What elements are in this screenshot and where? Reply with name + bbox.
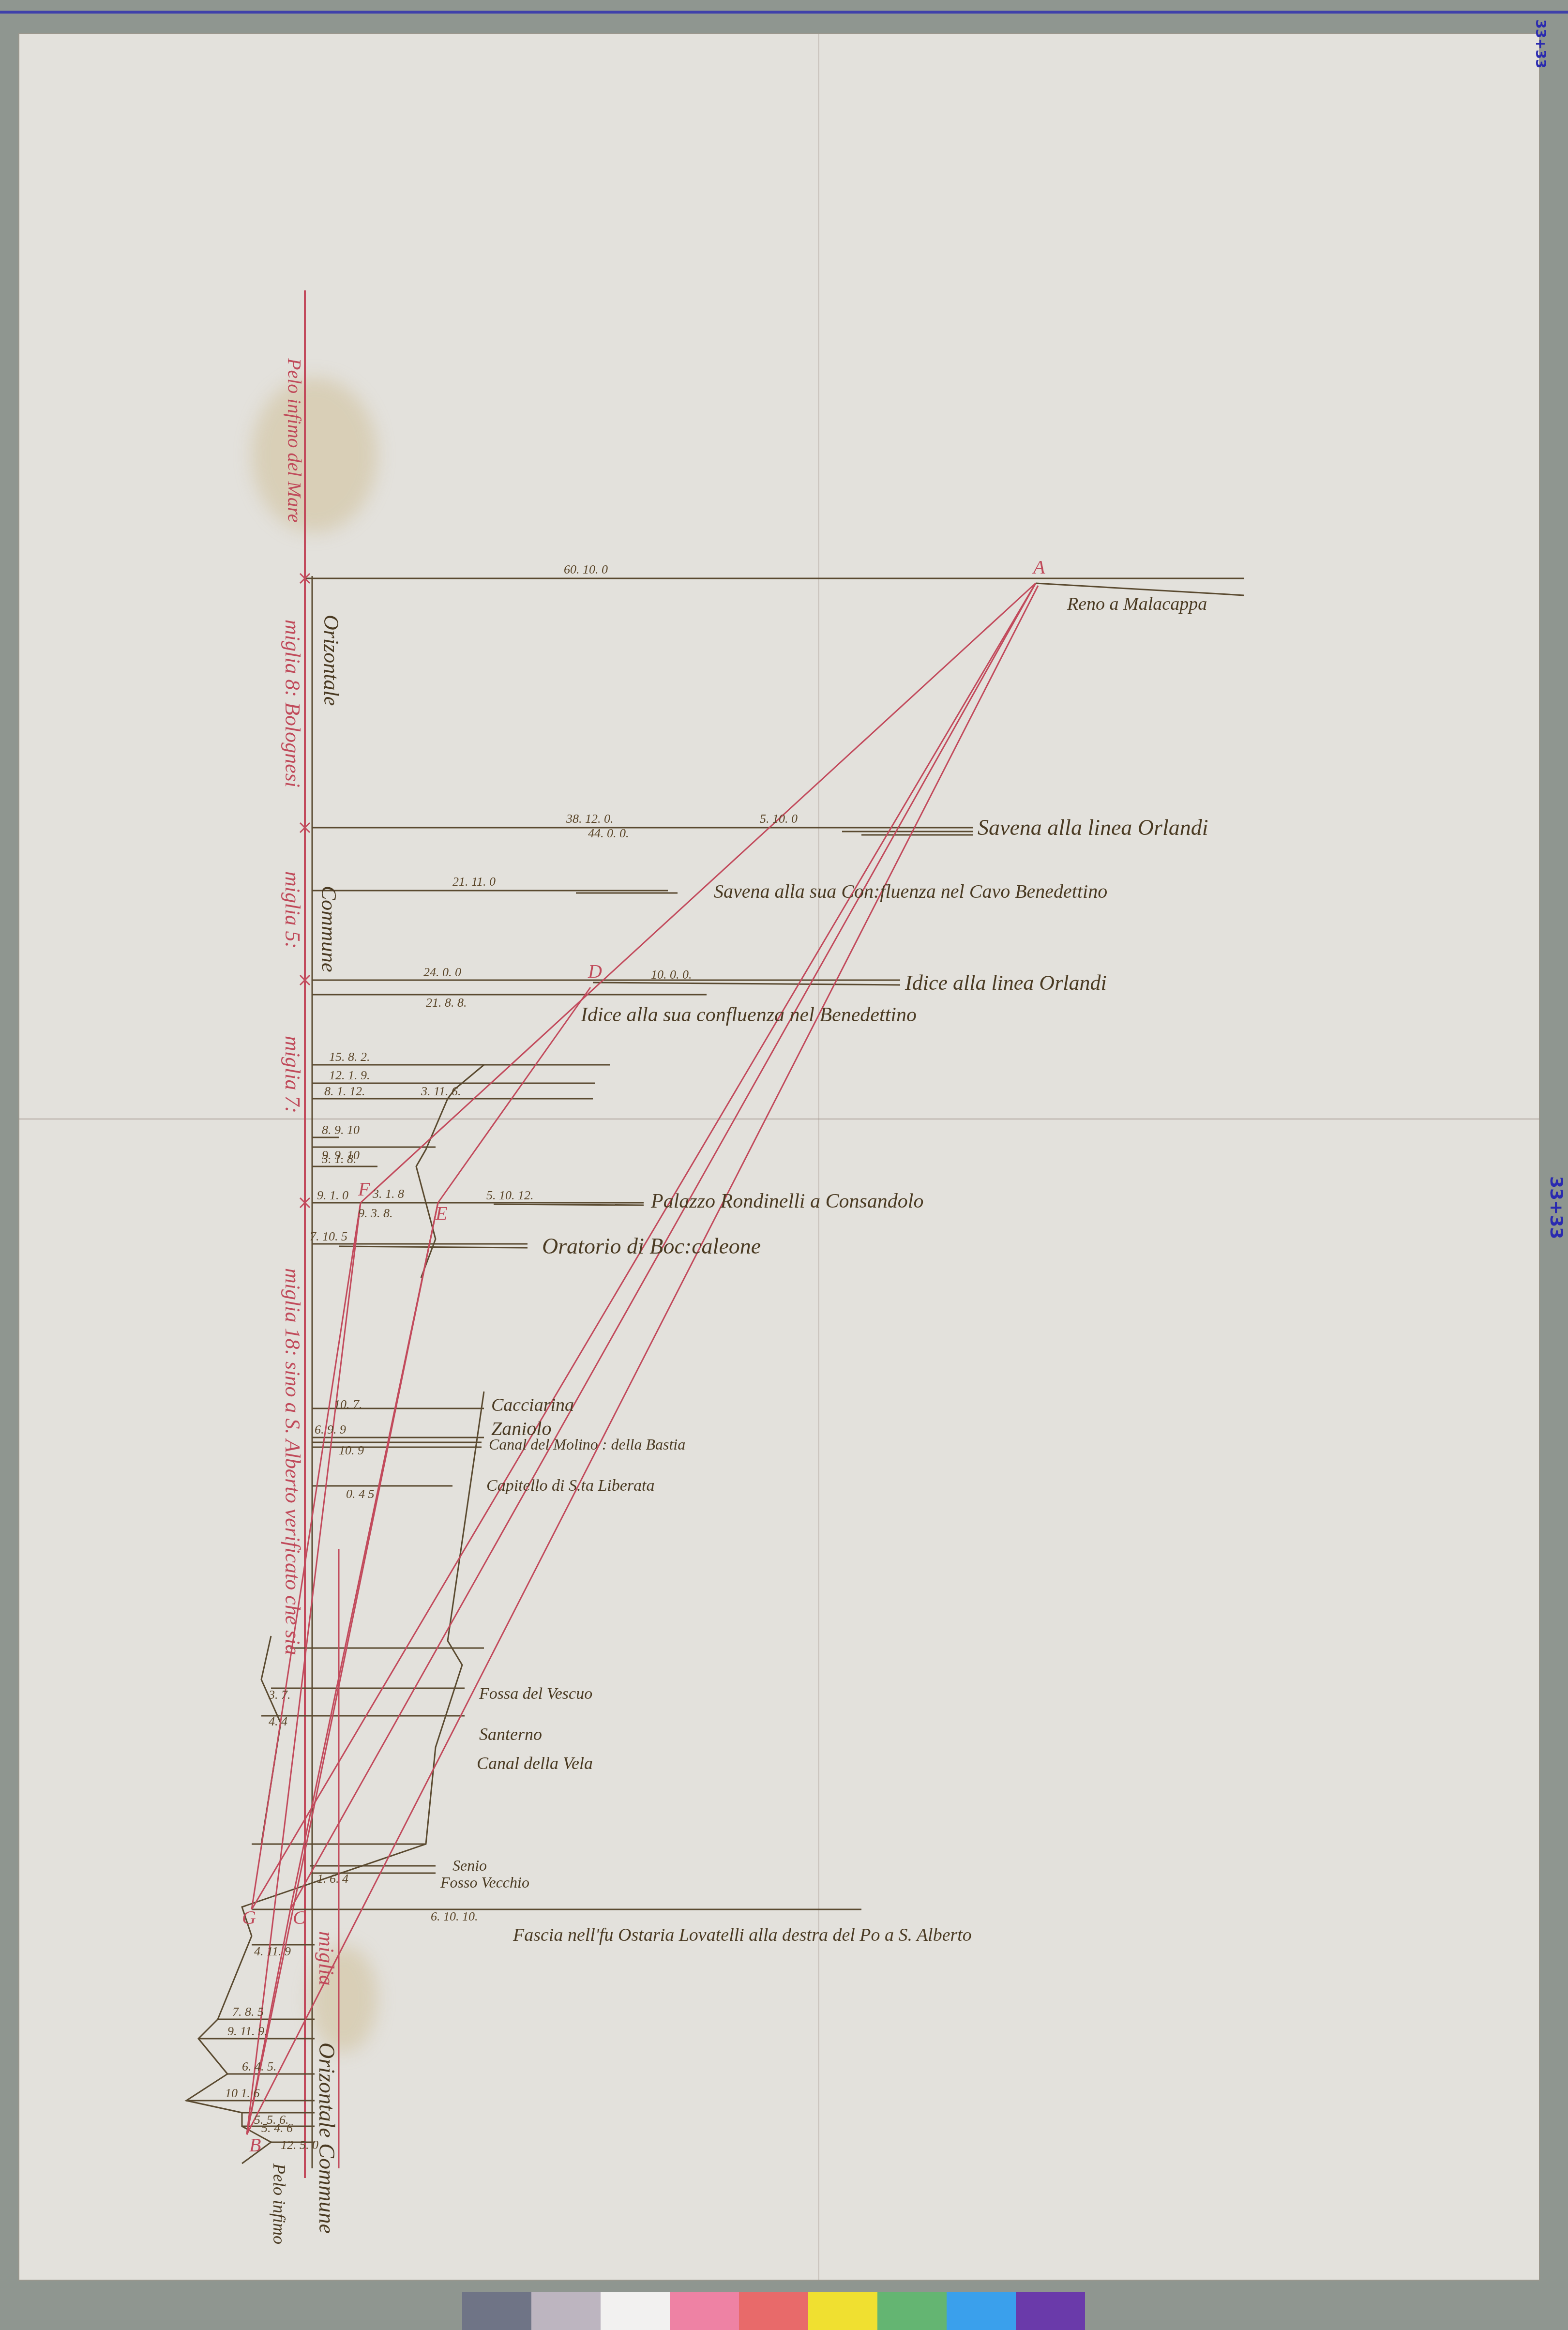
miglia-7-label: miglia 7:: [281, 1036, 304, 1113]
measurement: 21. 8. 8.: [426, 996, 467, 1010]
measurement: 9. 11. 9.: [227, 2024, 268, 2038]
measurement: 5. 10. 0: [760, 812, 798, 826]
station-label: Fosso Vecchio: [440, 1874, 529, 1891]
station-label: Santerno: [479, 1725, 542, 1744]
swatch: [808, 2292, 877, 2330]
station-label: Palazzo Rondinelli a Consandolo: [650, 1190, 924, 1212]
measurement: 44. 0. 0.: [588, 826, 629, 840]
orizontale-label: Orizontale: [319, 615, 343, 706]
point-e: E: [435, 1202, 447, 1224]
swatch: [1016, 2292, 1085, 2330]
measurement: 1. 6. 4: [317, 1872, 348, 1886]
swatch: [947, 2292, 1016, 2330]
measurement: 60. 10. 0: [564, 562, 608, 576]
point-b: B: [249, 2134, 261, 2156]
sea-level-label: Pelo infimo del Mare: [284, 358, 305, 523]
measurement: 7. 10. 5: [310, 1229, 347, 1243]
station-label: Fossa del Vescuo: [479, 1685, 592, 1703]
miglia-5-label: miglia 5:: [281, 871, 304, 949]
measurement: 10. 7.: [334, 1397, 362, 1411]
station-label: Reno a Malacappa: [1067, 594, 1207, 614]
swatch: [601, 2292, 670, 2330]
color-calibration-bar: [462, 2292, 1085, 2330]
measurement: 9. 1. 0: [317, 1188, 348, 1202]
station-label: Fascia nell'fu Ostaria Lovatelli alla de…: [513, 1925, 972, 1945]
point-c: C: [293, 1906, 306, 1928]
station-label: Canal del Molino : della Bastia: [489, 1436, 685, 1453]
station-label: Idice alla linea Orlandi: [905, 971, 1107, 995]
point-a: A: [1032, 556, 1045, 578]
miglia-18-label: miglia 18: sino a S. Alberto verificato …: [281, 1268, 304, 1655]
measurement: 8. 1. 12.: [324, 1084, 365, 1098]
measurement: 10 1. 6: [225, 2086, 260, 2100]
measurement: 8. 9. 10: [322, 1123, 360, 1137]
swatch: [531, 2292, 601, 2330]
station-label: Savena alla linea Orlandi: [978, 815, 1208, 840]
scan-mark-right: 33+33: [1546, 1176, 1566, 1239]
measurement: 24. 0. 0: [423, 965, 461, 979]
measurement: 4. 11. 9: [254, 1944, 291, 1958]
station-label: Cacciarina: [491, 1395, 574, 1415]
station-label: Capitello di S.ta Liberata: [486, 1477, 655, 1495]
measurement: 0. 4 5: [346, 1487, 375, 1501]
profile-diagram: Pelo infimo del Mare miglia 8: Bolognesi…: [0, 0, 1568, 2330]
measurement: 3. 1. 8: [372, 1187, 404, 1201]
measurement: 15. 8. 2.: [329, 1050, 370, 1064]
miglia-8-label: miglia 8: Bolognesi: [281, 620, 304, 787]
measurement: 3. 11. 6.: [421, 1084, 461, 1098]
swatch: [670, 2292, 739, 2330]
station-label: Savena alla sua Con:fluenza nel Cavo Ben…: [714, 880, 1107, 902]
measurement: 10. 9: [339, 1443, 364, 1457]
scan-mark-left: 30+30: [0, 1239, 2, 1302]
scan-mark-top-right: 33+33: [1533, 19, 1549, 68]
station-label: Senio: [452, 1857, 487, 1874]
station-label: Idice alla sua confluenza nel Benedettin…: [580, 1004, 917, 1026]
point-g: G: [242, 1906, 256, 1928]
station-label: Canal della Vela: [477, 1754, 593, 1773]
point-d: D: [588, 960, 602, 982]
measurement: 10. 0. 0.: [651, 968, 692, 982]
measurement: 38. 12. 0.: [566, 812, 614, 826]
measurement: 12. 1. 9.: [329, 1068, 370, 1082]
swatch: [462, 2292, 531, 2330]
measurement: 6. 10. 10.: [431, 1909, 478, 1923]
measurement: 12. 5. 0: [281, 2138, 318, 2152]
swatch: [739, 2292, 808, 2330]
measurement: 7. 8. 5: [232, 2005, 264, 2019]
measurement: 9. 3. 8.: [358, 1206, 393, 1220]
measurement: 3. 1. 8.: [321, 1152, 357, 1166]
station-label: Oratorio di Boc:caleone: [542, 1234, 761, 1258]
measurement: 3. 7.: [268, 1688, 291, 1702]
point-f: F: [358, 1178, 370, 1200]
measurement: 6. 4. 5.: [242, 2059, 277, 2073]
swatch: [877, 2292, 947, 2330]
measurement: 4. 4: [269, 1714, 287, 1728]
measurement: 5. 10. 12.: [486, 1188, 534, 1202]
pelo-infimo-label: Pelo infimo: [270, 2163, 289, 2244]
measurement: 21. 11. 0: [452, 875, 496, 889]
miglia-label: miglia: [315, 1931, 338, 1985]
measurement: 5. 4. 6: [261, 2121, 293, 2135]
commune-label: Commune: [317, 886, 341, 972]
measurement: 6. 9. 9: [315, 1422, 346, 1437]
